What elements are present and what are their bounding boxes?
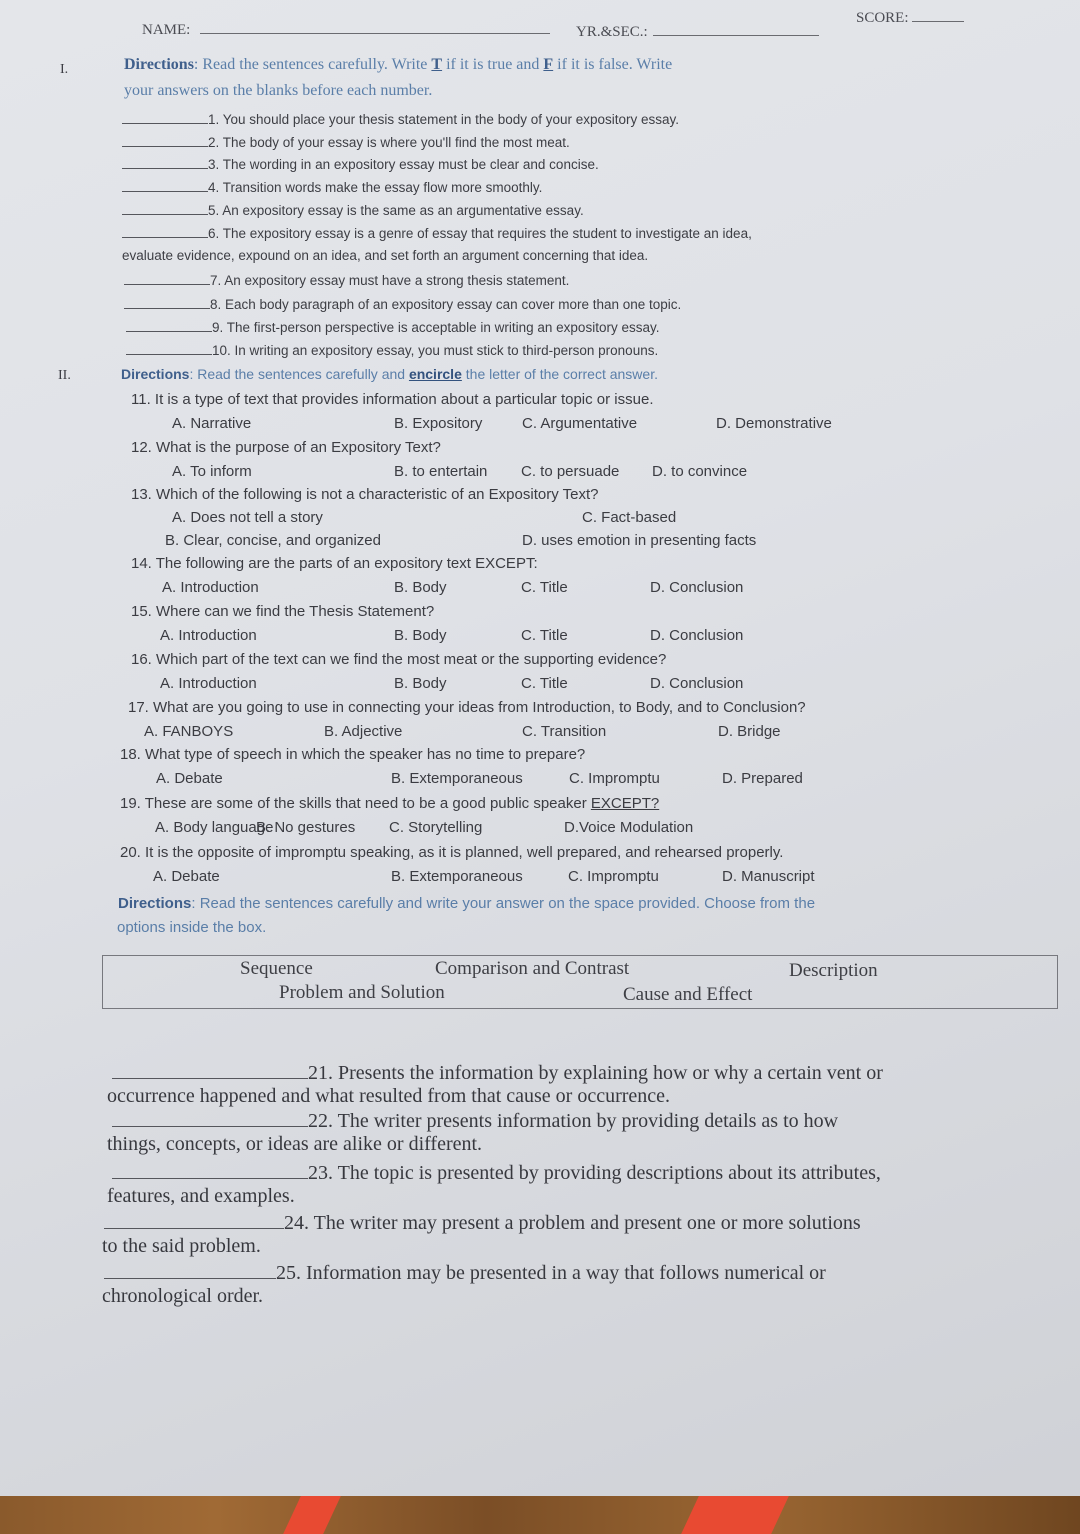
answer-option[interactable]: B. Expository — [394, 415, 482, 432]
option-description: Description — [789, 960, 878, 982]
true-false-item: 5. An expository essay is the same as an… — [122, 203, 584, 218]
answer-option[interactable]: A. Debate — [153, 868, 220, 885]
section-blank[interactable] — [653, 35, 819, 36]
name-blank[interactable] — [200, 33, 550, 34]
question-16: 16. Which part of the text can we find t… — [131, 651, 666, 668]
answer-option[interactable]: C. Impromptu — [569, 770, 660, 787]
true-false-item: 2. The body of your essay is where you'l… — [122, 135, 570, 150]
part-1-directions: Directions: Read the sentences carefully… — [124, 56, 672, 74]
answer-option[interactable]: A. Debate — [156, 770, 223, 787]
part-3-directions: Directions: Read the sentences carefully… — [118, 895, 815, 912]
answer-blank[interactable] — [104, 1278, 276, 1279]
answer-blank[interactable] — [112, 1126, 308, 1127]
answer-blank[interactable] — [122, 191, 208, 192]
question-20: 20. It is the opposite of impromptu spea… — [120, 844, 783, 861]
item-text: 5. An expository essay is the same as an… — [208, 203, 584, 218]
section-field[interactable]: YR.&SEC.: — [576, 24, 819, 41]
part-3-directions-cont: options inside the box. — [117, 919, 266, 936]
true-false-item: 4. Transition words make the essay flow … — [122, 180, 542, 195]
true-false-item: 8. Each body paragraph of an expository … — [124, 297, 681, 312]
true-false-item: 10. In writing an expository essay, you … — [126, 343, 658, 358]
question-emphasis: EXCEPT: — [475, 555, 538, 572]
fill-in-item: 23. The topic is presented by providing … — [112, 1162, 881, 1185]
options-box: Sequence Comparison and Contrast Descrip… — [102, 955, 1058, 1009]
true-false-item: 6. The expository essay is a genre of es… — [122, 226, 752, 241]
answer-blank[interactable] — [122, 168, 208, 169]
answer-option[interactable]: B. Adjective — [324, 723, 402, 740]
answer-blank[interactable] — [112, 1078, 308, 1079]
answer-option[interactable]: A. Does not tell a story — [172, 509, 323, 526]
question-15: 15. Where can we find the Thesis Stateme… — [131, 603, 434, 620]
true-false-item: 3. The wording in an expository essay mu… — [122, 157, 599, 172]
true-false-item: 7. An expository essay must have a stron… — [124, 273, 569, 288]
item-text: 1. You should place your thesis statemen… — [208, 112, 679, 127]
answer-option[interactable]: B. Body — [394, 675, 447, 692]
answer-option[interactable]: D. uses emotion in presenting facts — [522, 532, 756, 549]
answer-option[interactable]: C. Title — [521, 627, 568, 644]
answer-blank[interactable] — [126, 354, 212, 355]
answer-option[interactable]: A. To inform — [172, 463, 252, 480]
fill-in-item: 25. Information may be presented in a wa… — [104, 1262, 826, 1285]
option-sequence: Sequence — [240, 958, 313, 980]
part-1-numeral: I. — [60, 62, 68, 78]
answer-option[interactable]: B. Extemporaneous — [391, 868, 523, 885]
answer-option[interactable]: A. Introduction — [162, 579, 259, 596]
answer-option[interactable]: B. Body — [394, 627, 447, 644]
answer-option[interactable]: A. Narrative — [172, 415, 251, 432]
question-18: 18. What type of speech in which the spe… — [120, 746, 585, 763]
answer-option[interactable]: C. Argumentative — [522, 415, 637, 432]
option-comparison-contrast: Comparison and Contrast — [435, 958, 629, 980]
answer-option[interactable]: B. No gestures — [256, 819, 355, 836]
answer-option[interactable]: A. Introduction — [160, 627, 257, 644]
answer-option[interactable]: C. Transition — [522, 723, 606, 740]
question-12: 12. What is the purpose of an Expository… — [131, 439, 441, 456]
fill-in-item: 24. The writer may present a problem and… — [104, 1212, 861, 1235]
answer-blank[interactable] — [122, 123, 208, 124]
item-text: 9. The first-person perspective is accep… — [212, 320, 659, 335]
answer-blank[interactable] — [104, 1228, 284, 1229]
option-cause-effect: Cause and Effect — [623, 984, 752, 1006]
answer-option[interactable]: D. Prepared — [722, 770, 803, 787]
question-14: 14. The following are the parts of an ex… — [131, 555, 538, 572]
fill-in-item: 22. The writer presents information by p… — [112, 1110, 838, 1133]
item-text: 8. Each body paragraph of an expository … — [210, 297, 681, 312]
question-17: 17. What are you going to use in connect… — [128, 699, 806, 716]
answer-option[interactable]: D. Conclusion — [650, 675, 743, 692]
part-2-directions: Directions: Read the sentences carefully… — [121, 366, 658, 382]
score-label: SCORE: — [856, 10, 909, 26]
item-text: 7. An expository essay must have a stron… — [210, 273, 569, 288]
fill-in-continuation: things, concepts, or ideas are alike or … — [107, 1133, 482, 1156]
red-object — [681, 1496, 789, 1534]
answer-blank[interactable] — [122, 146, 208, 147]
answer-option[interactable]: D. to convince — [652, 463, 747, 480]
item-text: 6. The expository essay is a genre of es… — [208, 226, 752, 241]
fill-in-continuation: chronological order. — [102, 1285, 263, 1308]
answer-blank[interactable] — [126, 331, 212, 332]
question-11: 11. It is a type of text that provides i… — [131, 391, 654, 408]
answer-blank[interactable] — [122, 237, 208, 238]
item-6-continuation: evaluate evidence, expound on an idea, a… — [122, 248, 648, 263]
answer-option[interactable]: D.Voice Modulation — [564, 819, 693, 836]
score-field[interactable]: SCORE: — [856, 10, 964, 27]
part-1-directions-cont: your answers on the blanks before each n… — [124, 82, 432, 100]
answer-option[interactable]: D. Manuscript — [722, 868, 815, 885]
answer-option[interactable]: B. to entertain — [394, 463, 487, 480]
part-2-numeral: II. — [58, 368, 71, 384]
answer-option[interactable]: C. to persuade — [521, 463, 619, 480]
worksheet-page: NAME: YR.&SEC.: SCORE: I. Directions: Re… — [0, 0, 1080, 1496]
fill-in-continuation: to the said problem. — [102, 1235, 261, 1258]
item-text: 3. The wording in an expository essay mu… — [208, 157, 599, 172]
answer-option[interactable]: D. Conclusion — [650, 579, 743, 596]
answer-option[interactable]: B. Clear, concise, and organized — [165, 532, 381, 549]
question-19: 19. These are some of the skills that ne… — [120, 795, 659, 812]
answer-option[interactable]: C. Title — [521, 675, 568, 692]
option-problem-solution: Problem and Solution — [279, 982, 445, 1004]
item-text: 2. The body of your essay is where you'l… — [208, 135, 570, 150]
answer-blank[interactable] — [124, 308, 210, 309]
answer-option[interactable]: C. Fact-based — [582, 509, 676, 526]
true-false-item: 1. You should place your thesis statemen… — [122, 112, 679, 127]
answer-option[interactable]: C. Storytelling — [389, 819, 482, 836]
item-text: 4. Transition words make the essay flow … — [208, 180, 542, 195]
directions-label: Directions — [124, 56, 194, 73]
wooden-table — [0, 1496, 1080, 1534]
item-text: 10. In writing an expository essay, you … — [212, 343, 658, 358]
name-label: NAME: — [142, 22, 190, 38]
answer-option[interactable]: D. Conclusion — [650, 627, 743, 644]
fill-in-item: 21. Presents the information by explaini… — [112, 1062, 883, 1085]
answer-option[interactable]: B. Body — [394, 579, 447, 596]
answer-blank[interactable] — [124, 284, 210, 285]
question-13: 13. Which of the following is not a char… — [131, 486, 598, 503]
answer-option[interactable]: A. FANBOYS — [144, 723, 233, 740]
answer-option[interactable]: D. Bridge — [718, 723, 781, 740]
fill-in-continuation: occurrence happened and what resulted fr… — [107, 1085, 670, 1108]
question-emphasis: EXCEPT? — [591, 795, 659, 812]
name-field[interactable]: NAME: — [142, 22, 550, 39]
answer-option[interactable]: B. Extemporaneous — [391, 770, 523, 787]
answer-blank[interactable] — [112, 1178, 308, 1179]
answer-option[interactable]: D. Demonstrative — [716, 415, 832, 432]
fill-in-continuation: features, and examples. — [107, 1185, 295, 1208]
answer-option[interactable]: C. Title — [521, 579, 568, 596]
answer-blank[interactable] — [122, 214, 208, 215]
true-false-item: 9. The first-person perspective is accep… — [126, 320, 659, 335]
answer-option[interactable]: C. Impromptu — [568, 868, 659, 885]
answer-option[interactable]: A. Introduction — [160, 675, 257, 692]
section-label: YR.&SEC.: — [576, 24, 648, 40]
score-blank[interactable] — [912, 21, 964, 22]
